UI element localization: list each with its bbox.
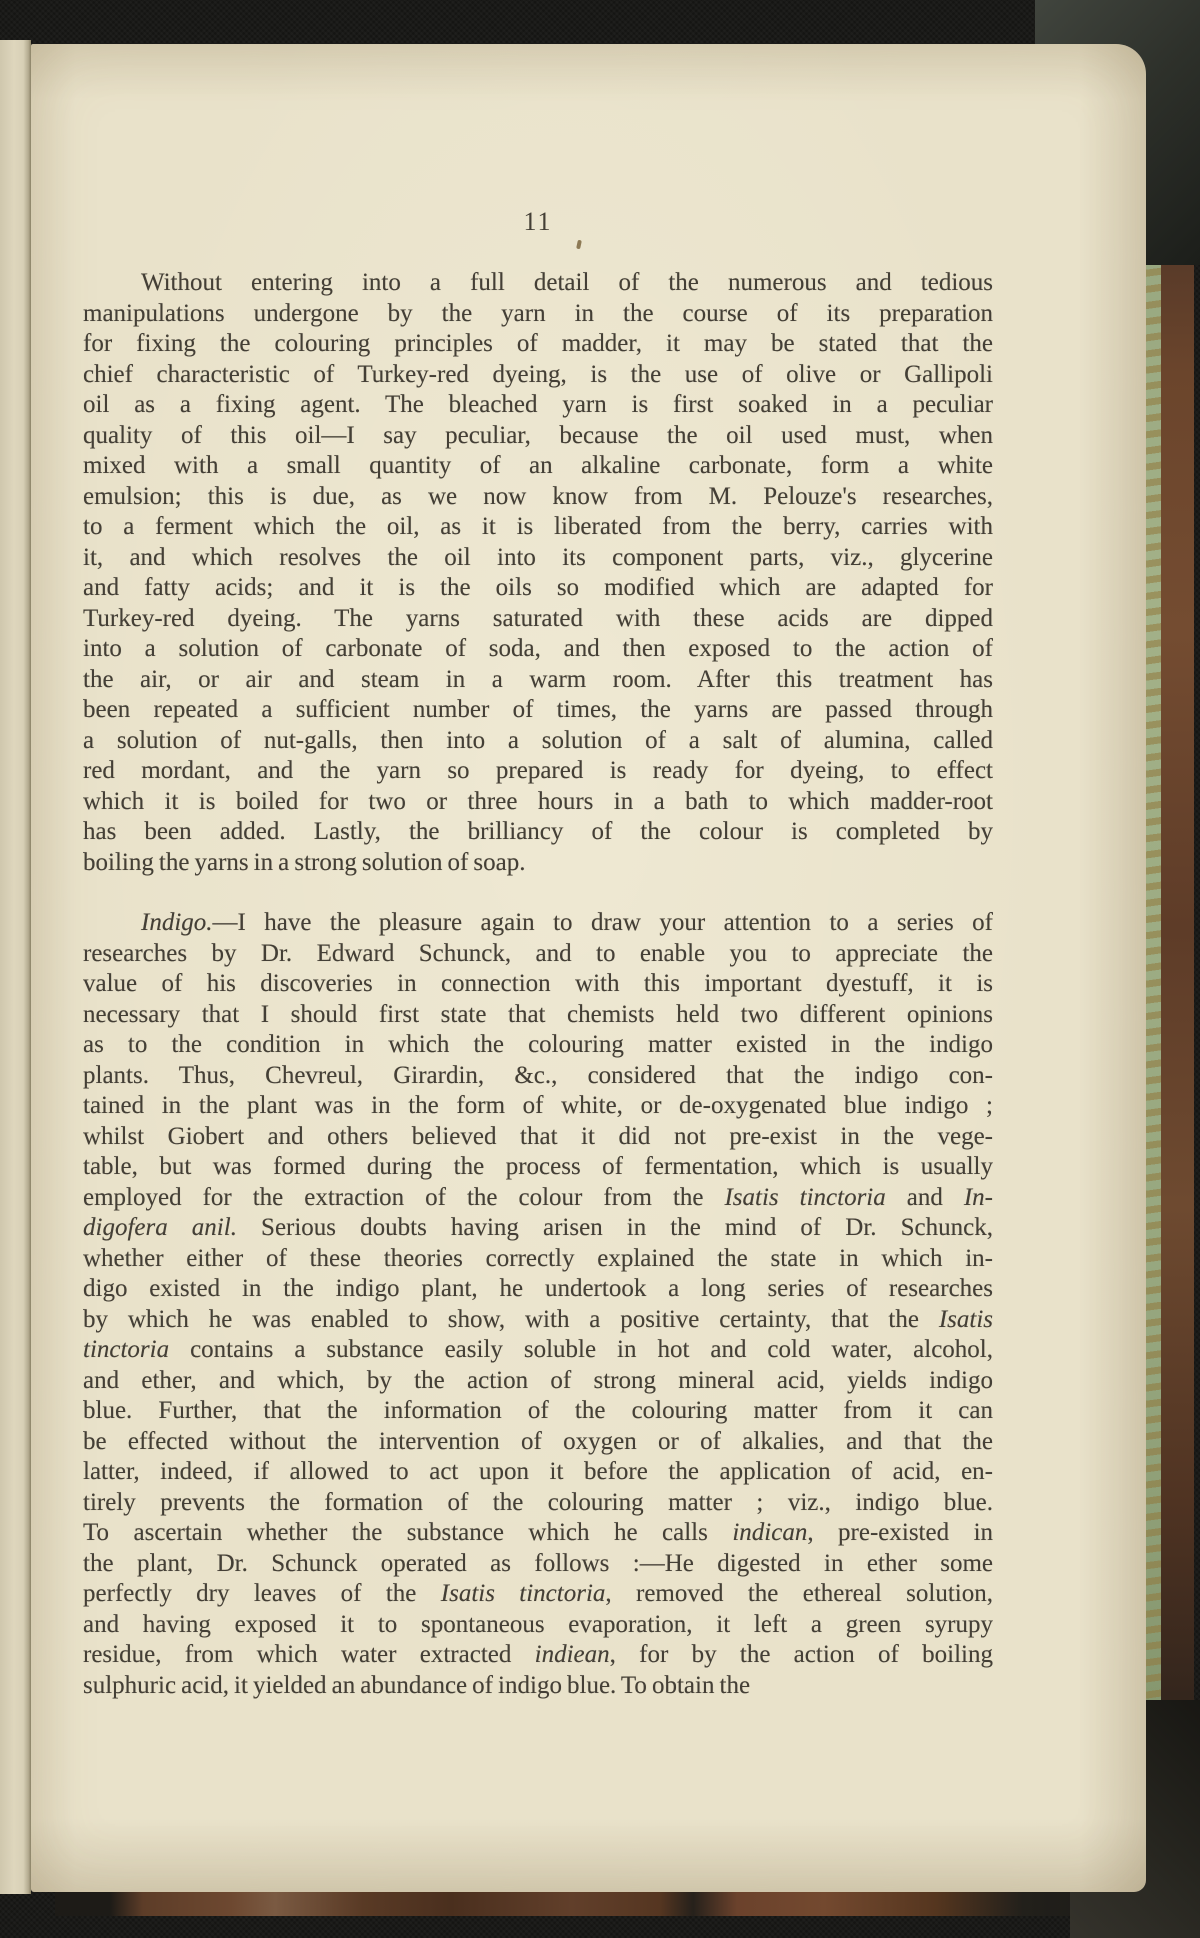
text-line: tinctoria contains a substance easily so… <box>83 1335 993 1366</box>
text-line: been repeated a sufficient number of tim… <box>83 695 993 726</box>
body-text: oil as a fixing agent. The bleached yarn… <box>83 391 993 418</box>
body-text: plants. Thus, Chevreul, Girardin, &c., c… <box>83 1062 993 1089</box>
text-line: digofera anil. Serious doubts having ari… <box>83 1213 993 1244</box>
body-text: has been added. Lastly, the brilliancy o… <box>83 818 993 845</box>
body-text: red mordant, and the yarn so prepared is… <box>83 757 993 784</box>
book-page: 11 Without entering into a full detail o… <box>31 44 1146 1892</box>
body-text: the plant, Dr. Schunck operated as follo… <box>83 1550 993 1577</box>
text-line: manipulations undergone by the yarn in t… <box>83 299 993 330</box>
body-text: mixed with a small quantity of an alkali… <box>83 452 993 479</box>
text-line: necessary that I should first state that… <box>83 1000 993 1031</box>
text-line: into a solution of carbonate of soda, an… <box>83 634 993 665</box>
text-line: has been added. Lastly, the brilliancy o… <box>83 817 993 848</box>
text-line: quality of this oil—I say peculiar, beca… <box>83 421 993 452</box>
body-text: , removed the ethereal solution, <box>605 1580 993 1607</box>
text-line: latter, indeed, if allowed to act upon i… <box>83 1457 993 1488</box>
text-line: plants. Thus, Chevreul, Girardin, &c., c… <box>83 1061 993 1092</box>
italic-text: Isatis tinctoria <box>724 1184 885 1211</box>
body-text: To ascertain whether the substance which… <box>83 1519 732 1546</box>
body-text: and having exposed it to spontaneous eva… <box>83 1611 993 1638</box>
endpaper-edge-strip <box>1144 60 1161 1870</box>
text-line: as to the condition in which the colouri… <box>83 1030 993 1061</box>
text-line: by which he was enabled to show, with a … <box>83 1305 993 1336</box>
body-text: table, but was formed during the process… <box>83 1153 993 1180</box>
text-line: emulsion; this is due, as we now know fr… <box>83 482 993 513</box>
body-text: contains a substance easily soluble in h… <box>169 1336 993 1363</box>
text-line: the plant, Dr. Schunck operated as follo… <box>83 1549 993 1580</box>
text-line: Without entering into a full detail of t… <box>83 268 993 299</box>
italic-text: In- <box>964 1184 993 1211</box>
body-text: perfectly dry leaves of the <box>83 1580 441 1607</box>
body-text: as to the condition in which the colouri… <box>83 1031 993 1058</box>
body-text: a solution of nut-galls, then into a sol… <box>83 727 993 754</box>
body-text: whether either of these theories correct… <box>83 1245 993 1272</box>
text-line: to a ferment which the oil, as it is lib… <box>83 512 993 543</box>
paragraph: Without entering into a full detail of t… <box>83 268 993 878</box>
body-text: Serious doubts having arisen in the mind… <box>237 1214 993 1241</box>
text-line: tained in the plant was in the form of w… <box>83 1091 993 1122</box>
page-number: 11 <box>83 207 993 237</box>
body-text: boiling the yarns in a strong solution o… <box>83 849 525 876</box>
body-text: blue. Further, that the information of t… <box>83 1397 993 1424</box>
text-line: sulphuric acid, it yielded an abundance … <box>83 1671 993 1702</box>
italic-text: Isatis tinctoria <box>441 1580 606 1607</box>
text-line: a solution of nut-galls, then into a sol… <box>83 726 993 757</box>
body-text: residue, from which water extracted <box>83 1641 535 1668</box>
body-text: chief characteristic of Turkey-red dyein… <box>83 361 993 388</box>
body-text: it, and which resolves the oil into its … <box>83 544 993 571</box>
body-text: value of his discoveries in connection w… <box>83 970 993 997</box>
text-line: the air, or air and steam in a warm room… <box>83 665 993 696</box>
text-line: digo existed in the indigo plant, he und… <box>83 1274 993 1305</box>
text-line: mixed with a small quantity of an alkali… <box>83 451 993 482</box>
italic-text: indican <box>732 1519 807 1546</box>
body-text: by which he was enabled to show, with a … <box>83 1306 939 1333</box>
text-line: it, and which resolves the oil into its … <box>83 543 993 574</box>
body-text: to a ferment which the oil, as it is lib… <box>83 513 993 540</box>
body-text: researches by Dr. Edward Schunck, and to… <box>83 940 993 967</box>
text-line: table, but was formed during the process… <box>83 1152 993 1183</box>
italic-text: Isatis <box>939 1306 993 1333</box>
paragraph: Indigo.—I have the pleasure again to dra… <box>83 908 993 1701</box>
body-text: employed for the extraction of the colou… <box>83 1184 724 1211</box>
marbled-board-bottom-edge <box>55 1890 1155 1916</box>
leather-fore-edge <box>1161 40 1194 1892</box>
text-line: researches by Dr. Edward Schunck, and to… <box>83 939 993 970</box>
body-text: digo existed in the indigo plant, he und… <box>83 1275 993 1302</box>
page-text: Without entering into a full detail of t… <box>83 268 993 1701</box>
body-text: Turkey-red dyeing. The yarns saturated w… <box>83 605 993 632</box>
body-text: , for by the action of boiling <box>610 1641 993 1668</box>
text-line: oil as a fixing agent. The bleached yarn… <box>83 390 993 421</box>
text-line: and fatty acids; and it is the oils so m… <box>83 573 993 604</box>
body-text: tirely prevents the formation of the col… <box>83 1489 993 1516</box>
text-line: tirely prevents the formation of the col… <box>83 1488 993 1519</box>
body-text: tained in the plant was in the form of w… <box>83 1092 993 1119</box>
text-line: and having exposed it to spontaneous eva… <box>83 1610 993 1641</box>
body-text: Without entering into a full detail of t… <box>141 269 993 296</box>
body-text: latter, indeed, if allowed to act upon i… <box>83 1458 993 1485</box>
body-text: and ether, and which, by the action of s… <box>83 1367 993 1394</box>
body-text: been repeated a sufficient number of tim… <box>83 696 993 723</box>
italic-text: digofera anil. <box>83 1214 237 1241</box>
text-line: To ascertain whether the substance which… <box>83 1518 993 1549</box>
text-line: be effected without the intervention of … <box>83 1427 993 1458</box>
text-line: chief characteristic of Turkey-red dyein… <box>83 360 993 391</box>
body-text: —I have the pleasure again to draw your … <box>213 909 993 936</box>
body-text: necessary that I should first state that… <box>83 1001 993 1028</box>
italic-text: indiean <box>535 1641 610 1668</box>
text-line: for fixing the colouring principles of m… <box>83 329 993 360</box>
body-text: the air, or air and steam in a warm room… <box>83 666 993 693</box>
text-line: and ether, and which, by the action of s… <box>83 1366 993 1397</box>
text-line: perfectly dry leaves of the Isatis tinct… <box>83 1579 993 1610</box>
text-line: boiling the yarns in a strong solution o… <box>83 848 993 879</box>
text-line: Turkey-red dyeing. The yarns saturated w… <box>83 604 993 635</box>
body-text: and <box>886 1184 964 1211</box>
body-text: for fixing the colouring principles of m… <box>83 330 993 357</box>
ink-speck <box>576 240 582 250</box>
italic-text: Indigo. <box>141 909 213 936</box>
body-text: and fatty acids; and it is the oils so m… <box>83 574 993 601</box>
text-line: Indigo.—I have the pleasure again to dra… <box>83 908 993 939</box>
text-line: employed for the extraction of the colou… <box>83 1183 993 1214</box>
body-text: emulsion; this is due, as we now know fr… <box>83 483 993 510</box>
text-line: whether either of these theories correct… <box>83 1244 993 1275</box>
body-text: manipulations undergone by the yarn in t… <box>83 300 993 327</box>
body-text: quality of this oil—I say peculiar, beca… <box>83 422 993 449</box>
scanned-book-page-photo: 11 Without entering into a full detail o… <box>0 0 1200 1938</box>
body-text: whilst Giobert and others believed that … <box>83 1123 993 1150</box>
text-line: value of his discoveries in connection w… <box>83 969 993 1000</box>
body-text: which it is boiled for two or three hour… <box>83 788 993 815</box>
text-line: whilst Giobert and others believed that … <box>83 1122 993 1153</box>
adjacent-page-edge <box>0 40 31 1894</box>
body-text: sulphuric acid, it yielded an abundance … <box>83 1672 750 1699</box>
text-line: which it is boiled for two or three hour… <box>83 787 993 818</box>
text-line: red mordant, and the yarn so prepared is… <box>83 756 993 787</box>
text-line: blue. Further, that the information of t… <box>83 1396 993 1427</box>
italic-text: tinctoria <box>83 1336 169 1363</box>
body-text: be effected without the intervention of … <box>83 1428 993 1455</box>
body-text: into a solution of carbonate of soda, an… <box>83 635 993 662</box>
text-line: residue, from which water extracted indi… <box>83 1640 993 1671</box>
body-text: , pre-existed in <box>807 1519 993 1546</box>
